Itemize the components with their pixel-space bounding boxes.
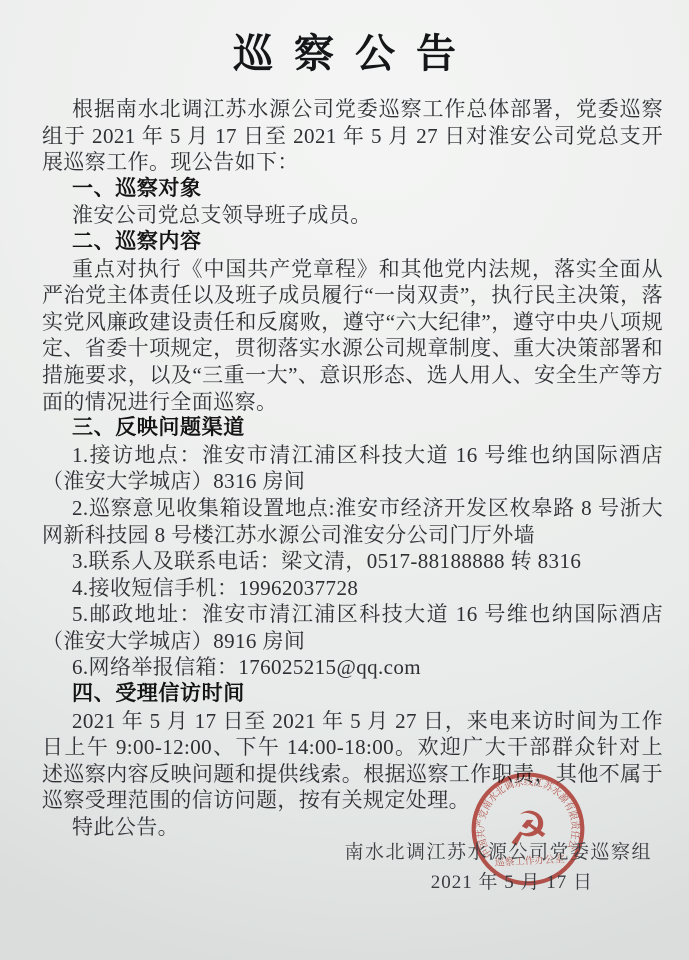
signature-org: 南水北调江苏水源公司党委巡察组 [344,837,652,864]
section-heading: 一、巡察对象 [42,176,663,203]
signature-date: 2021 年 5 月 17 日 [431,867,593,894]
paragraph: 重点对执行《中国共产党章程》和其他党内法规，落实全面从严治党主体责任以及班子成员… [42,256,663,416]
paragraph: 6.网络举报信箱：176025215@qq.com [42,654,663,681]
section-heading: 二、巡察内容 [42,229,663,256]
section-heading: 三、反映问题渠道 [42,415,663,442]
paragraph: 4.接收短信手机：19962037728 [42,575,663,602]
paragraph: 2.巡察意见收集箱设置地点:淮安市经济开发区枚皋路 8 号浙大网新科技园 8 号… [42,495,663,548]
document-body: 根据南水北调江苏水源公司党委巡察工作总体部署，党委巡察组于 2021 年 5 月… [42,94,663,841]
announcement-page: 巡察公告 根据南水北调江苏水源公司党委巡察工作总体部署，党委巡察组于 2021 … [0,0,689,960]
paragraph: 5.邮政地址：淮安市清江浦区科技大道 16 号维也纳国际酒店（淮安大学城店）89… [42,601,663,654]
page-title: 巡察公告 [0,30,689,78]
paragraph: 淮安公司党总支领导班子成员。 [42,202,663,229]
paragraph: 3.联系人及联系电话：梁文清，0517-88188888 转 8316 [42,548,663,575]
section-heading: 四、受理信访时间 [42,681,663,708]
paragraph: 1.接访地点：淮安市清江浦区科技大道 16 号维也纳国际酒店（淮安大学城店）83… [42,442,663,495]
paragraph: 根据南水北调江苏水源公司党委巡察工作总体部署，党委巡察组于 2021 年 5 月… [42,96,663,176]
